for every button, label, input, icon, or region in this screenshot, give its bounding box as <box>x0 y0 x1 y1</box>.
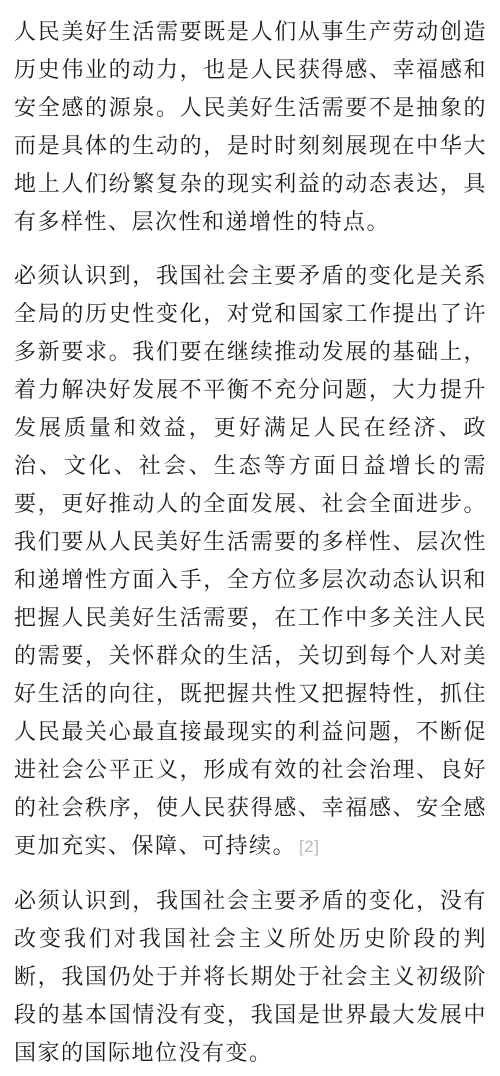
paragraph-text: 必须认识到，我国社会主要矛盾的变化，没有改变我们对我国社会主义所处历史阶段的判断… <box>14 888 487 1065</box>
paragraph-text: 必须认识到，我国社会主要矛盾的变化是关系全局的历史性变化，对党和国家工作提出了许… <box>14 263 487 858</box>
paragraph-text: 人民美好生活需要既是人们从事生产劳动创造历史伟业的动力，也是人民获得感、幸福感和… <box>14 19 487 234</box>
article-body: 人民美好生活需要既是人们从事生产劳动创造历史伟业的动力，也是人民获得感、幸福感和… <box>14 13 487 1072</box>
paragraph: 人民美好生活需要既是人们从事生产劳动创造历史伟业的动力，也是人民获得感、幸福感和… <box>14 13 487 241</box>
citation-link[interactable]: [2] <box>299 837 319 856</box>
paragraph: 必须认识到，我国社会主要矛盾的变化，没有改变我们对我国社会主义所处历史阶段的判断… <box>14 882 487 1072</box>
paragraph: 必须认识到，我国社会主要矛盾的变化是关系全局的历史性变化，对党和国家工作提出了许… <box>14 257 487 866</box>
document-page: 人民美好生活需要既是人们从事生产劳动创造历史伟业的动力，也是人民获得感、幸福感和… <box>0 0 500 1076</box>
